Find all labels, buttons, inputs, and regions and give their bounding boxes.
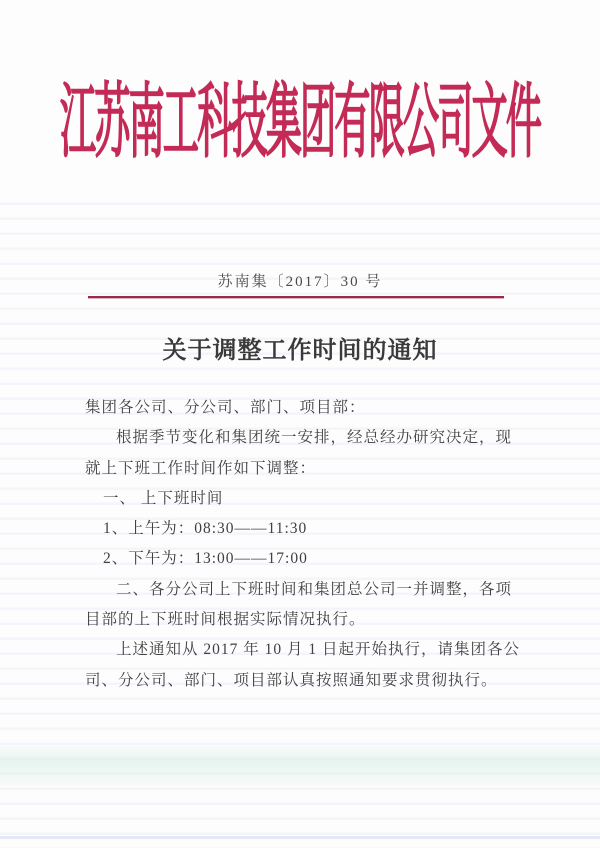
notice-title: 关于调整工作时间的通知 (0, 330, 600, 365)
body-line: 根据季节变化和集团统一安排，经总经办研究决定，现 (85, 423, 525, 453)
red-divider-line (88, 296, 504, 298)
body-line: 就上下班工作时间作如下调整： (85, 454, 525, 484)
body-line: 司、分公司、部门、项目部认真按照通知要求贯彻执行。 (85, 666, 525, 696)
scan-artifact-band-green (0, 746, 600, 786)
body-line-section-2: 二、各分公司上下班时间和集团总公司一并调整，各项 (85, 575, 525, 605)
body-line-section-1: 一、 上下班时间 (85, 484, 525, 514)
scan-artifact-band-bottom (0, 836, 600, 839)
body-line-morning-hours: 1、上午为：08:30——11:30 (85, 514, 525, 544)
document-number: 苏南集〔2017〕30 号 (0, 270, 600, 291)
scanned-document-page: 江苏南工科技集团有限公司文件 苏南集〔2017〕30 号 关于调整工作时间的通知… (0, 0, 600, 848)
body-line-afternoon-hours: 2、下午为：13:00——17:00 (85, 544, 525, 574)
body-line-salutation: 集团各公司、分公司、部门、项目部： (85, 393, 525, 423)
notice-body: 集团各公司、分公司、部门、项目部： 根据季节变化和集团统一安排，经总经办研究决定… (85, 393, 525, 696)
letterhead: 江苏南工科技集团有限公司文件 (0, 98, 600, 190)
body-line: 目部的上下班时间根据实际情况执行。 (85, 605, 525, 635)
body-line-effective-date: 上述通知从 2017 年 10 月 1 日起开始执行，请集团各公 (85, 635, 525, 665)
document-header-title: 江苏南工科技集团有限公司文件 (60, 84, 540, 165)
